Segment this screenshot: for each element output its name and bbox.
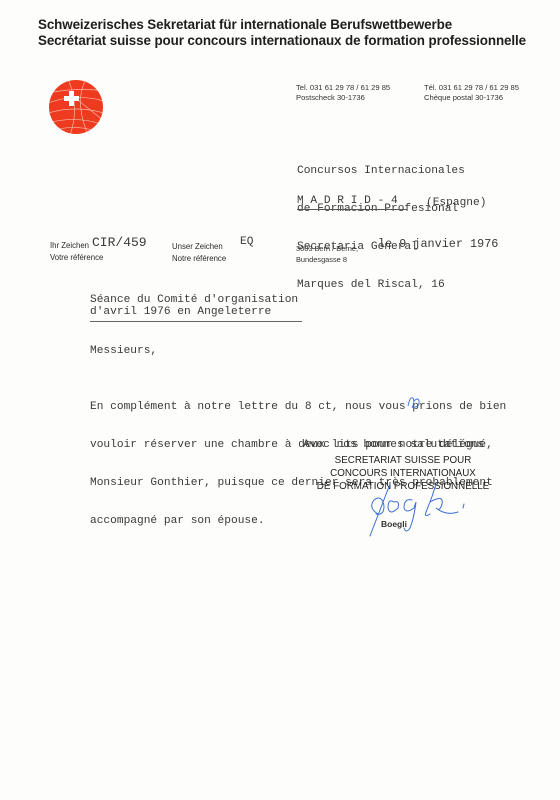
body-line: En complément à notre lettre du 8 ct, no… [90, 401, 506, 414]
letterhead-title-german: Schweizerisches Sekretariat für internat… [38, 17, 452, 32]
subject-line1: Séance du Comité d'organisation [90, 294, 298, 307]
swiss-cross-globe-logo-icon [48, 79, 104, 135]
contact-block-french: Tél. 031 61 29 78 / 61 29 85 Chèque post… [424, 83, 519, 103]
signatory-name: Boegli [381, 519, 407, 529]
postcheck-fr: Chèque postal 30-1736 [424, 93, 519, 103]
recipient-line: Marques del Riscal, 16 [297, 279, 465, 292]
letterhead-title-french: Secrétariat suisse pour concours interna… [38, 33, 526, 48]
postcheck-de: Postscheck 30-1736 [296, 93, 390, 103]
handwritten-correction-mark-icon [404, 392, 424, 412]
unser-zeichen-value: EQ [240, 236, 253, 249]
sender-address-line1: 3003 Bern / Berne, [296, 244, 358, 254]
recipient-city: M A D R I D - 4 [297, 195, 398, 208]
recipient-country: (Espagne) [426, 197, 486, 210]
city-underline [297, 209, 407, 210]
closing-greeting: Avec nos bonnes salutations [303, 439, 484, 452]
telephone-de: Tel. 031 61 29 78 / 61 29 85 [296, 83, 390, 93]
stamp-line: SECRETARIAT SUISSE POUR [305, 454, 501, 467]
unser-zeichen-label: Unser Zeichen [172, 241, 223, 253]
recipient-address: Concursos Internacionales de Formacion P… [297, 140, 465, 304]
ihr-zeichen-value: CIR/459 [92, 235, 147, 250]
subject-underline [90, 321, 302, 322]
ihr-zeichen-label: Ihr Zeichen [50, 240, 89, 252]
salutation: Messieurs, [90, 345, 157, 358]
recipient-line: Concursos Internacionales [297, 165, 465, 178]
letter-date: le 9 janvier 1976 [378, 238, 498, 251]
notre-reference-label: Notre référence [172, 253, 226, 265]
telephone-fr: Tél. 031 61 29 78 / 61 29 85 [424, 83, 519, 93]
votre-reference-label: Votre référence [50, 252, 103, 264]
contact-block-german: Tel. 031 61 29 78 / 61 29 85 Postscheck … [296, 83, 390, 103]
sender-address-line2: Bundesgasse 8 [296, 255, 347, 265]
handwritten-signature-icon [360, 478, 480, 538]
subject-line2: d'avril 1976 en Angeleterre [90, 306, 271, 319]
